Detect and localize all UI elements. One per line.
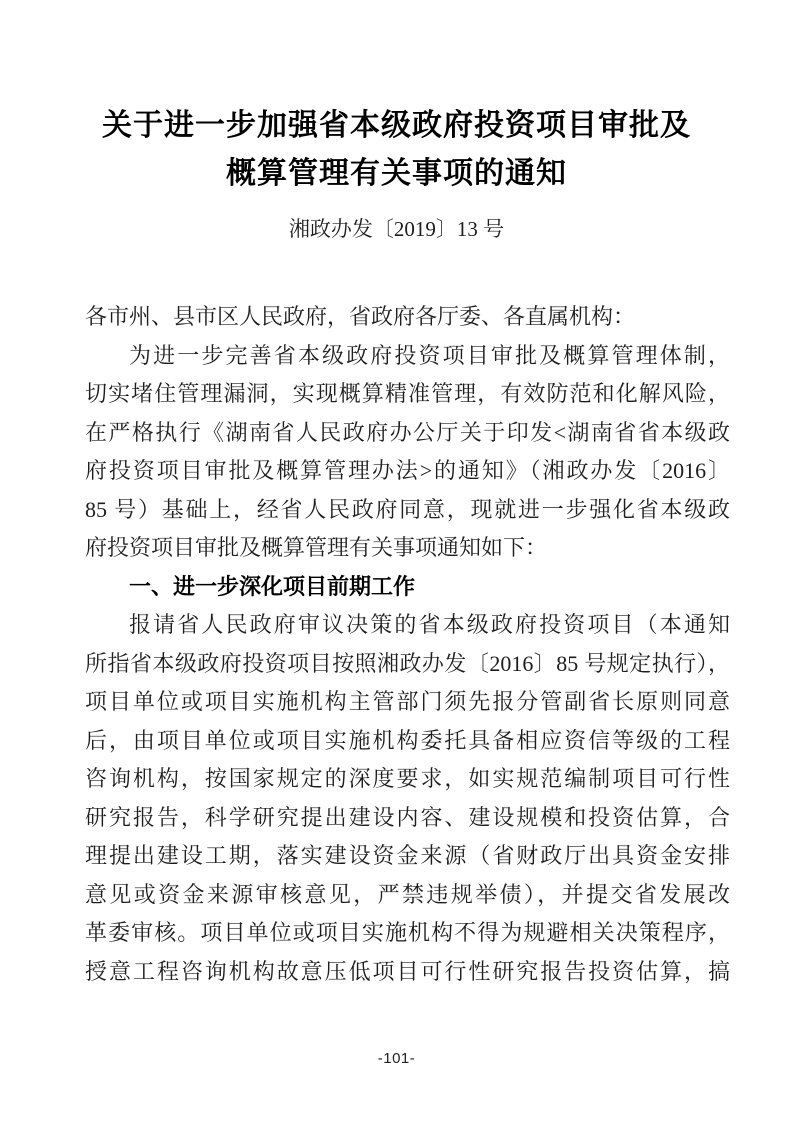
document-title: 关于进一步加强省本级政府投资项目审批及 概算管理有关事项的通知 xyxy=(0,102,793,198)
section-1-line: 所指省本级政府投资项目按照湘政办发〔2016〕85 号规定执行）， xyxy=(85,645,730,684)
intro-line: 为进一步完善省本级政府投资项目审批及概算管理体制， xyxy=(85,337,730,376)
document-page: 关于进一步加强省本级政府投资项目审批及 概算管理有关事项的通知 湘政办发〔201… xyxy=(0,0,793,1122)
section-1-line: 授意工程咨询机构故意压低项目可行性研究报告投资估算，搞 xyxy=(85,953,730,992)
page-number: -101- xyxy=(0,1050,793,1067)
section-1-line: 后，由项目单位或项目实施机构委托具备相应资信等级的工程 xyxy=(85,722,730,761)
intro-line: 府投资项目审批及概算管理有关事项通知如下： xyxy=(85,529,730,568)
section-1-line: 项目单位或项目实施机构主管部门须先报分管副省长原则同意 xyxy=(85,683,730,722)
section-1-line: 研究报告，科学研究提出建设内容、建设规模和投资估算，合 xyxy=(85,799,730,838)
section-1-line: 意见或资金来源审核意见，严禁违规举债），并提交省发展改 xyxy=(85,876,730,915)
intro-line: 85 号）基础上，经省人民政府同意，现就进一步强化省本级政 xyxy=(85,491,730,530)
salutation-line: 各市州、县市区人民政府，省政府各厅委、各直属机构： xyxy=(85,298,730,337)
section-1-line: 理提出建设工期，落实建设资金来源（省财政厅出具资金安排 xyxy=(85,837,730,876)
document-title-line-2: 概算管理有关事项的通知 xyxy=(0,150,793,198)
document-title-line-1: 关于进一步加强省本级政府投资项目审批及 xyxy=(0,102,793,150)
document-body: 各市州、县市区人民政府，省政府各厅委、各直属机构： 为进一步完善省本级政府投资项… xyxy=(85,298,730,991)
document-number: 湘政办发〔2019〕13 号 xyxy=(0,214,793,244)
section-1-line: 报请省人民政府审议决策的省本级政府投资项目（本通知 xyxy=(85,606,730,645)
intro-line: 切实堵住管理漏洞，实现概算精准管理，有效防范和化解风险， xyxy=(85,375,730,414)
intro-line: 府投资项目审批及概算管理办法>的通知》（湘政办发〔2016〕 xyxy=(85,452,730,491)
section-1-heading: 一、进一步深化项目前期工作 xyxy=(85,568,730,607)
section-1-line: 咨询机构，按国家规定的深度要求，如实规范编制项目可行性 xyxy=(85,760,730,799)
intro-line: 在严格执行《湖南省人民政府办公厅关于印发<湖南省省本级政 xyxy=(85,414,730,453)
section-1-line: 革委审核。项目单位或项目实施机构不得为规避相关决策程序， xyxy=(85,914,730,953)
